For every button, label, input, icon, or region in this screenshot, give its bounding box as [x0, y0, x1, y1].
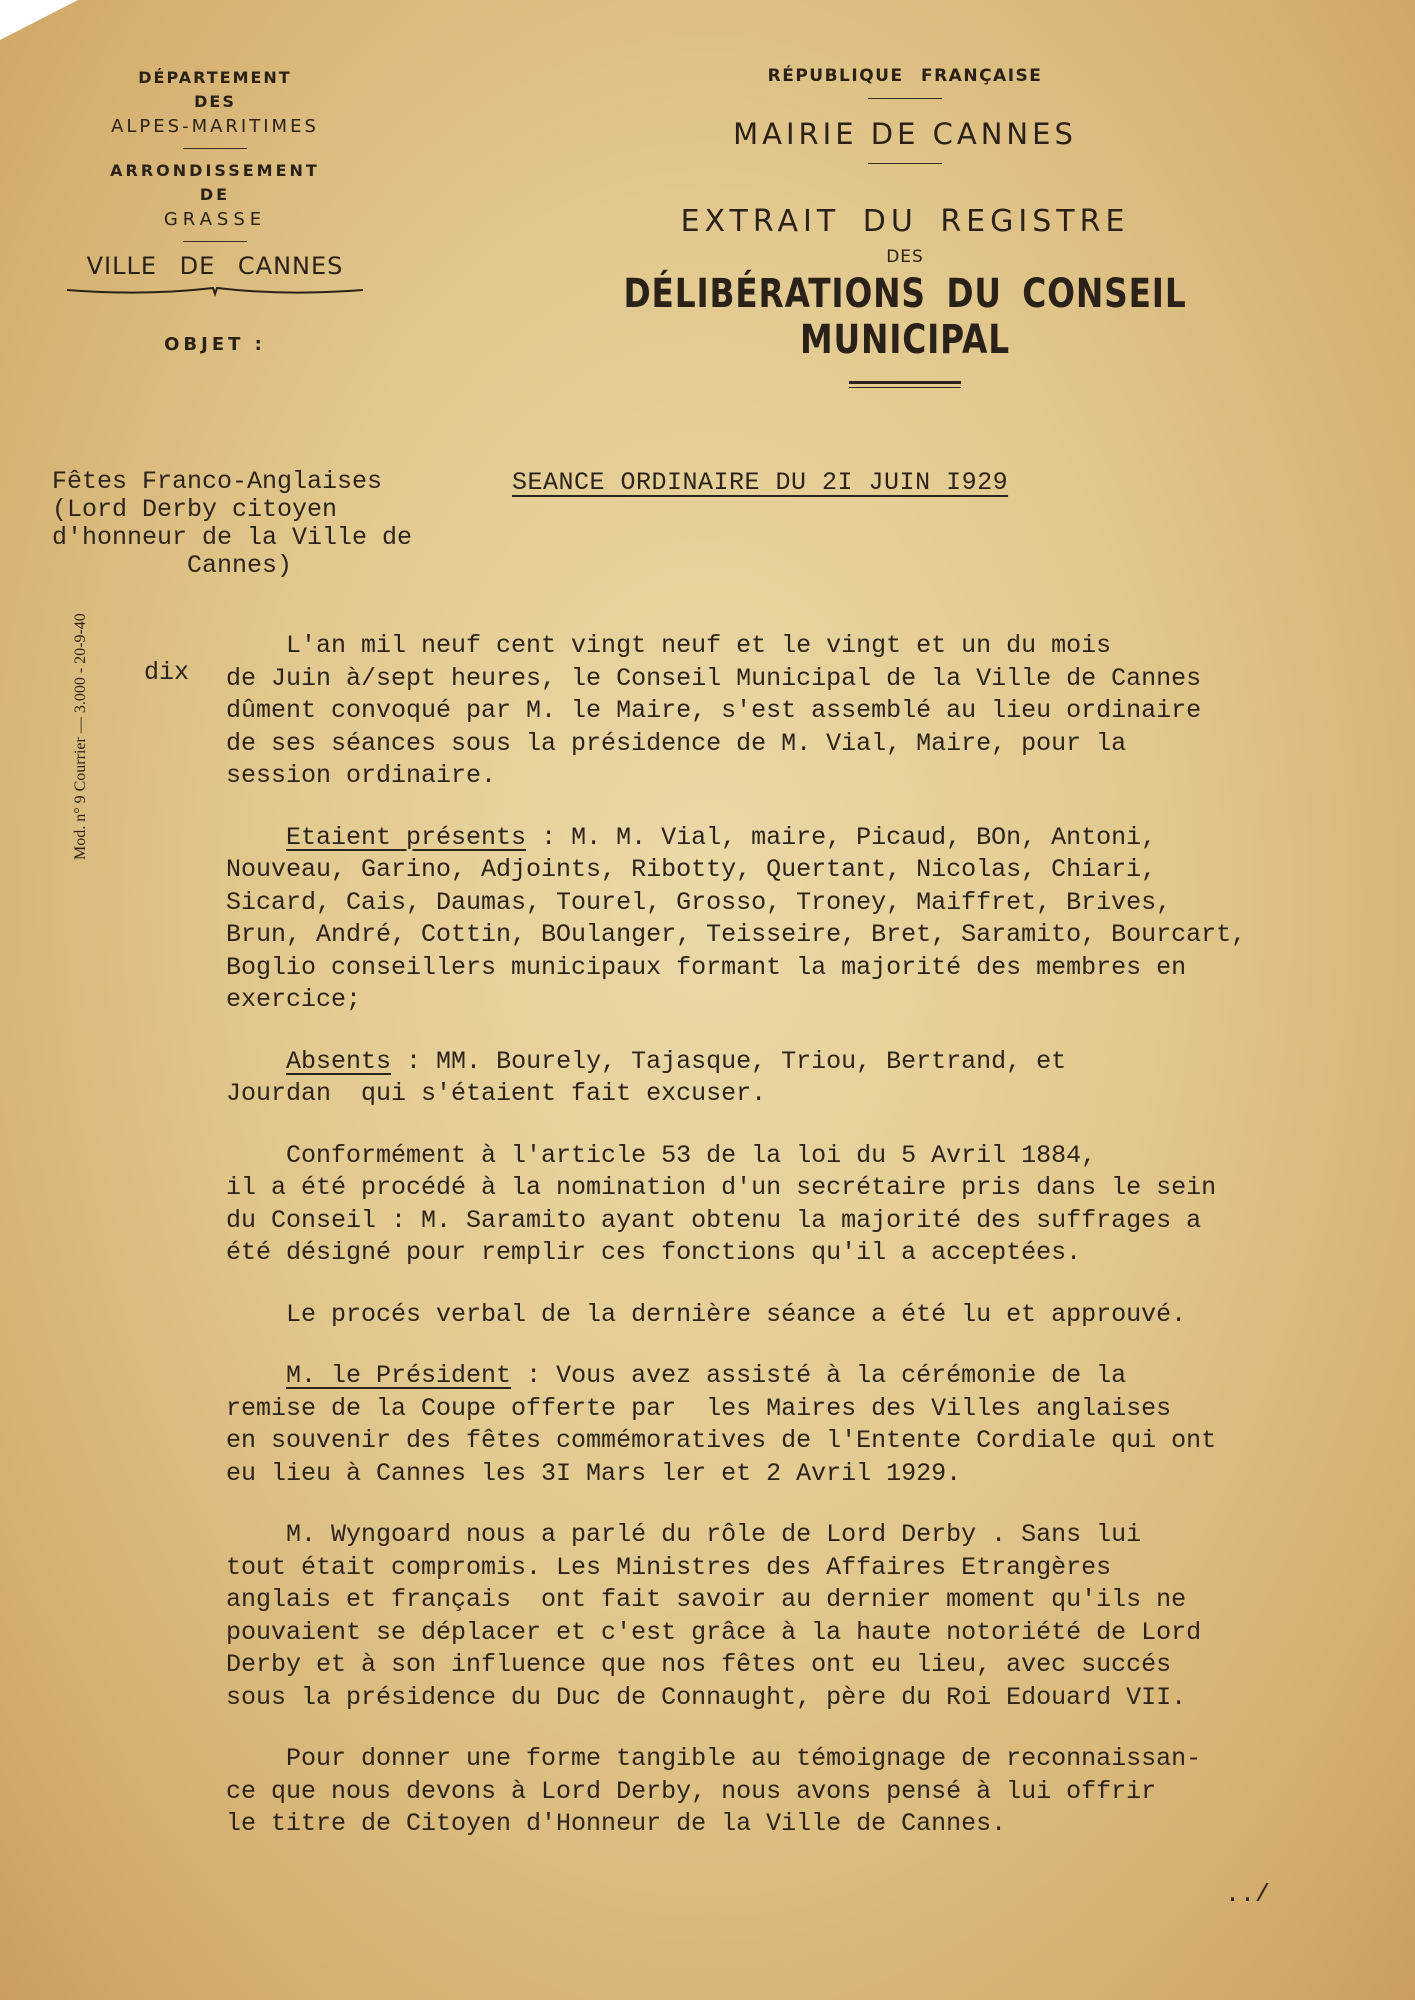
text-line: en souvenir des fêtes commémoratives de …	[226, 1425, 1406, 1458]
text-line: tout était compromis. Les Ministres des …	[226, 1552, 1406, 1585]
torn-corner	[0, 0, 78, 40]
divider	[868, 98, 942, 99]
text-line: anglais et français ont fait savoir au d…	[226, 1584, 1406, 1617]
divider	[183, 241, 247, 242]
divider	[868, 163, 942, 164]
text-line: session ordinaire.	[226, 760, 1406, 793]
text-fragment: : Vous avez assisté à la cérémonie de la	[511, 1361, 1126, 1390]
text-line: Brun, André, Cottin, BOulanger, Teisseir…	[226, 919, 1406, 952]
absents-heading: Absents	[286, 1047, 391, 1076]
text-line: Pour donner une forme tangible au témoig…	[226, 1743, 1406, 1776]
text-line: exercice;	[226, 984, 1406, 1017]
text-line: il a été procédé à la nomination d'un se…	[226, 1172, 1406, 1205]
text-line: Le procés verbal de la dernière séance a…	[226, 1299, 1406, 1332]
des-label: DES	[480, 247, 1330, 267]
de-label: DE	[50, 183, 380, 207]
letterhead-left: DÉPARTEMENT DES ALPES-MARITIMES ARRONDIS…	[50, 66, 380, 355]
text-fragment: : MM. Bourely, Tajasque, Triou, Bertrand…	[391, 1047, 1066, 1076]
mairie-title: MAIRIE DE CANNES	[480, 117, 1330, 151]
des-label: DES	[50, 90, 380, 114]
text-line: Etaient présents : M. M. Vial, maire, Pi…	[226, 822, 1406, 855]
ville-de-cannes-label: VILLE DE CANNES	[50, 252, 380, 280]
document-page: DÉPARTEMENT DES ALPES-MARITIMES ARRONDIS…	[0, 0, 1415, 2000]
text-line: L'an mil neuf cent vingt neuf et le ving…	[226, 630, 1406, 663]
text-line: Jourdan qui s'étaient fait excuser.	[226, 1078, 1406, 1111]
paragraph-wyngoard: M. Wyngoard nous a parlé du rôle de Lord…	[226, 1519, 1406, 1714]
text-line: Nouveau, Garino, Adjoints, Ribotty, Quer…	[226, 854, 1406, 887]
double-rule	[849, 381, 961, 388]
text-line: Boglio conseillers municipaux formant la…	[226, 952, 1406, 985]
text-line: pouvaient se déplacer et c'est grâce à l…	[226, 1617, 1406, 1650]
paragraph-citoyen: Pour donner une forme tangible au témoig…	[226, 1743, 1406, 1841]
extrait-title: EXTRAIT DU REGISTRE	[480, 204, 1330, 239]
republique-francaise-label: RÉPUBLIQUE FRANÇAISE	[480, 66, 1330, 86]
deliberation-body: L'an mil neuf cent vingt neuf et le ving…	[226, 630, 1406, 1870]
paragraph-presents: Etaient présents : M. M. Vial, maire, Pi…	[226, 822, 1406, 1017]
text-line: eu lieu à Cannes les 3I Mars ler et 2 Av…	[226, 1458, 1406, 1491]
paragraph-proces-verbal: Le procés verbal de la dernière séance a…	[226, 1299, 1406, 1332]
presents-heading: Etaient présents	[286, 823, 526, 852]
text-line: Derby et à son influence que nos fêtes o…	[226, 1649, 1406, 1682]
paragraph-absents: Absents : MM. Bourely, Tajasque, Triou, …	[226, 1046, 1406, 1111]
continuation-mark: ../	[1225, 1880, 1270, 1909]
paragraph-secretary: Conformément à l'article 53 de la loi du…	[226, 1140, 1406, 1270]
grasse-label: GRASSE	[50, 207, 380, 233]
objet-label: OBJET :	[50, 334, 380, 355]
alpes-maritimes-label: ALPES-MARITIMES	[50, 114, 380, 140]
text-line: du Conseil : M. Saramito ayant obtenu la…	[226, 1205, 1406, 1238]
text-line: remise de la Coupe offerte par les Maire…	[226, 1393, 1406, 1426]
text-line: Absents : MM. Bourely, Tajasque, Triou, …	[226, 1046, 1406, 1079]
page-title: DÉLIBÉRATIONS DU CONSEIL MUNICIPAL	[557, 271, 1254, 363]
departement-label: DÉPARTEMENT	[50, 66, 380, 90]
swash-ornament-icon	[65, 284, 365, 298]
paragraph-opening: L'an mil neuf cent vingt neuf et le ving…	[226, 630, 1406, 793]
text-line: M. le Président : Vous avez assisté à la…	[226, 1360, 1406, 1393]
paragraph-president: M. le Président : Vous avez assisté à la…	[226, 1360, 1406, 1490]
text-line: été désigné pour remplir ces fonctions q…	[226, 1237, 1406, 1270]
seance-title: SEANCE ORDINAIRE DU 2I JUIN I929	[512, 468, 1008, 497]
text-line: ce que nous devons à Lord Derby, nous av…	[226, 1776, 1406, 1809]
text-line: sous la présidence du Duc de Connaught, …	[226, 1682, 1406, 1715]
text-line: le titre de Citoyen d'Honneur de la Vill…	[226, 1808, 1406, 1841]
text-fragment: : M. M. Vial, maire, Picaud, BOn, Antoni…	[526, 823, 1156, 852]
president-heading: M. le Président	[286, 1361, 511, 1390]
arrondissement-label: ARRONDISSEMENT	[50, 159, 380, 183]
divider	[183, 148, 247, 149]
text-line: dûment convoqué par M. le Maire, s'est a…	[226, 695, 1406, 728]
text-line: Sicard, Cais, Daumas, Tourel, Grosso, Tr…	[226, 887, 1406, 920]
text-line: de ses séances sous la présidence de M. …	[226, 728, 1406, 761]
form-model-label: Mod. n° 9 Courrier — 3.000 - 20-9-40	[72, 613, 90, 860]
text-line: Conformément à l'article 53 de la loi du…	[226, 1140, 1406, 1173]
margin-note: dix	[144, 658, 189, 687]
text-line: de Juin à/sept heures, le Conseil Munici…	[226, 663, 1406, 696]
letterhead-right: RÉPUBLIQUE FRANÇAISE MAIRIE DE CANNES EX…	[480, 66, 1330, 388]
objet-text: Fêtes Franco-Anglaises (Lord Derby citoy…	[52, 468, 412, 580]
text-line: M. Wyngoard nous a parlé du rôle de Lord…	[226, 1519, 1406, 1552]
